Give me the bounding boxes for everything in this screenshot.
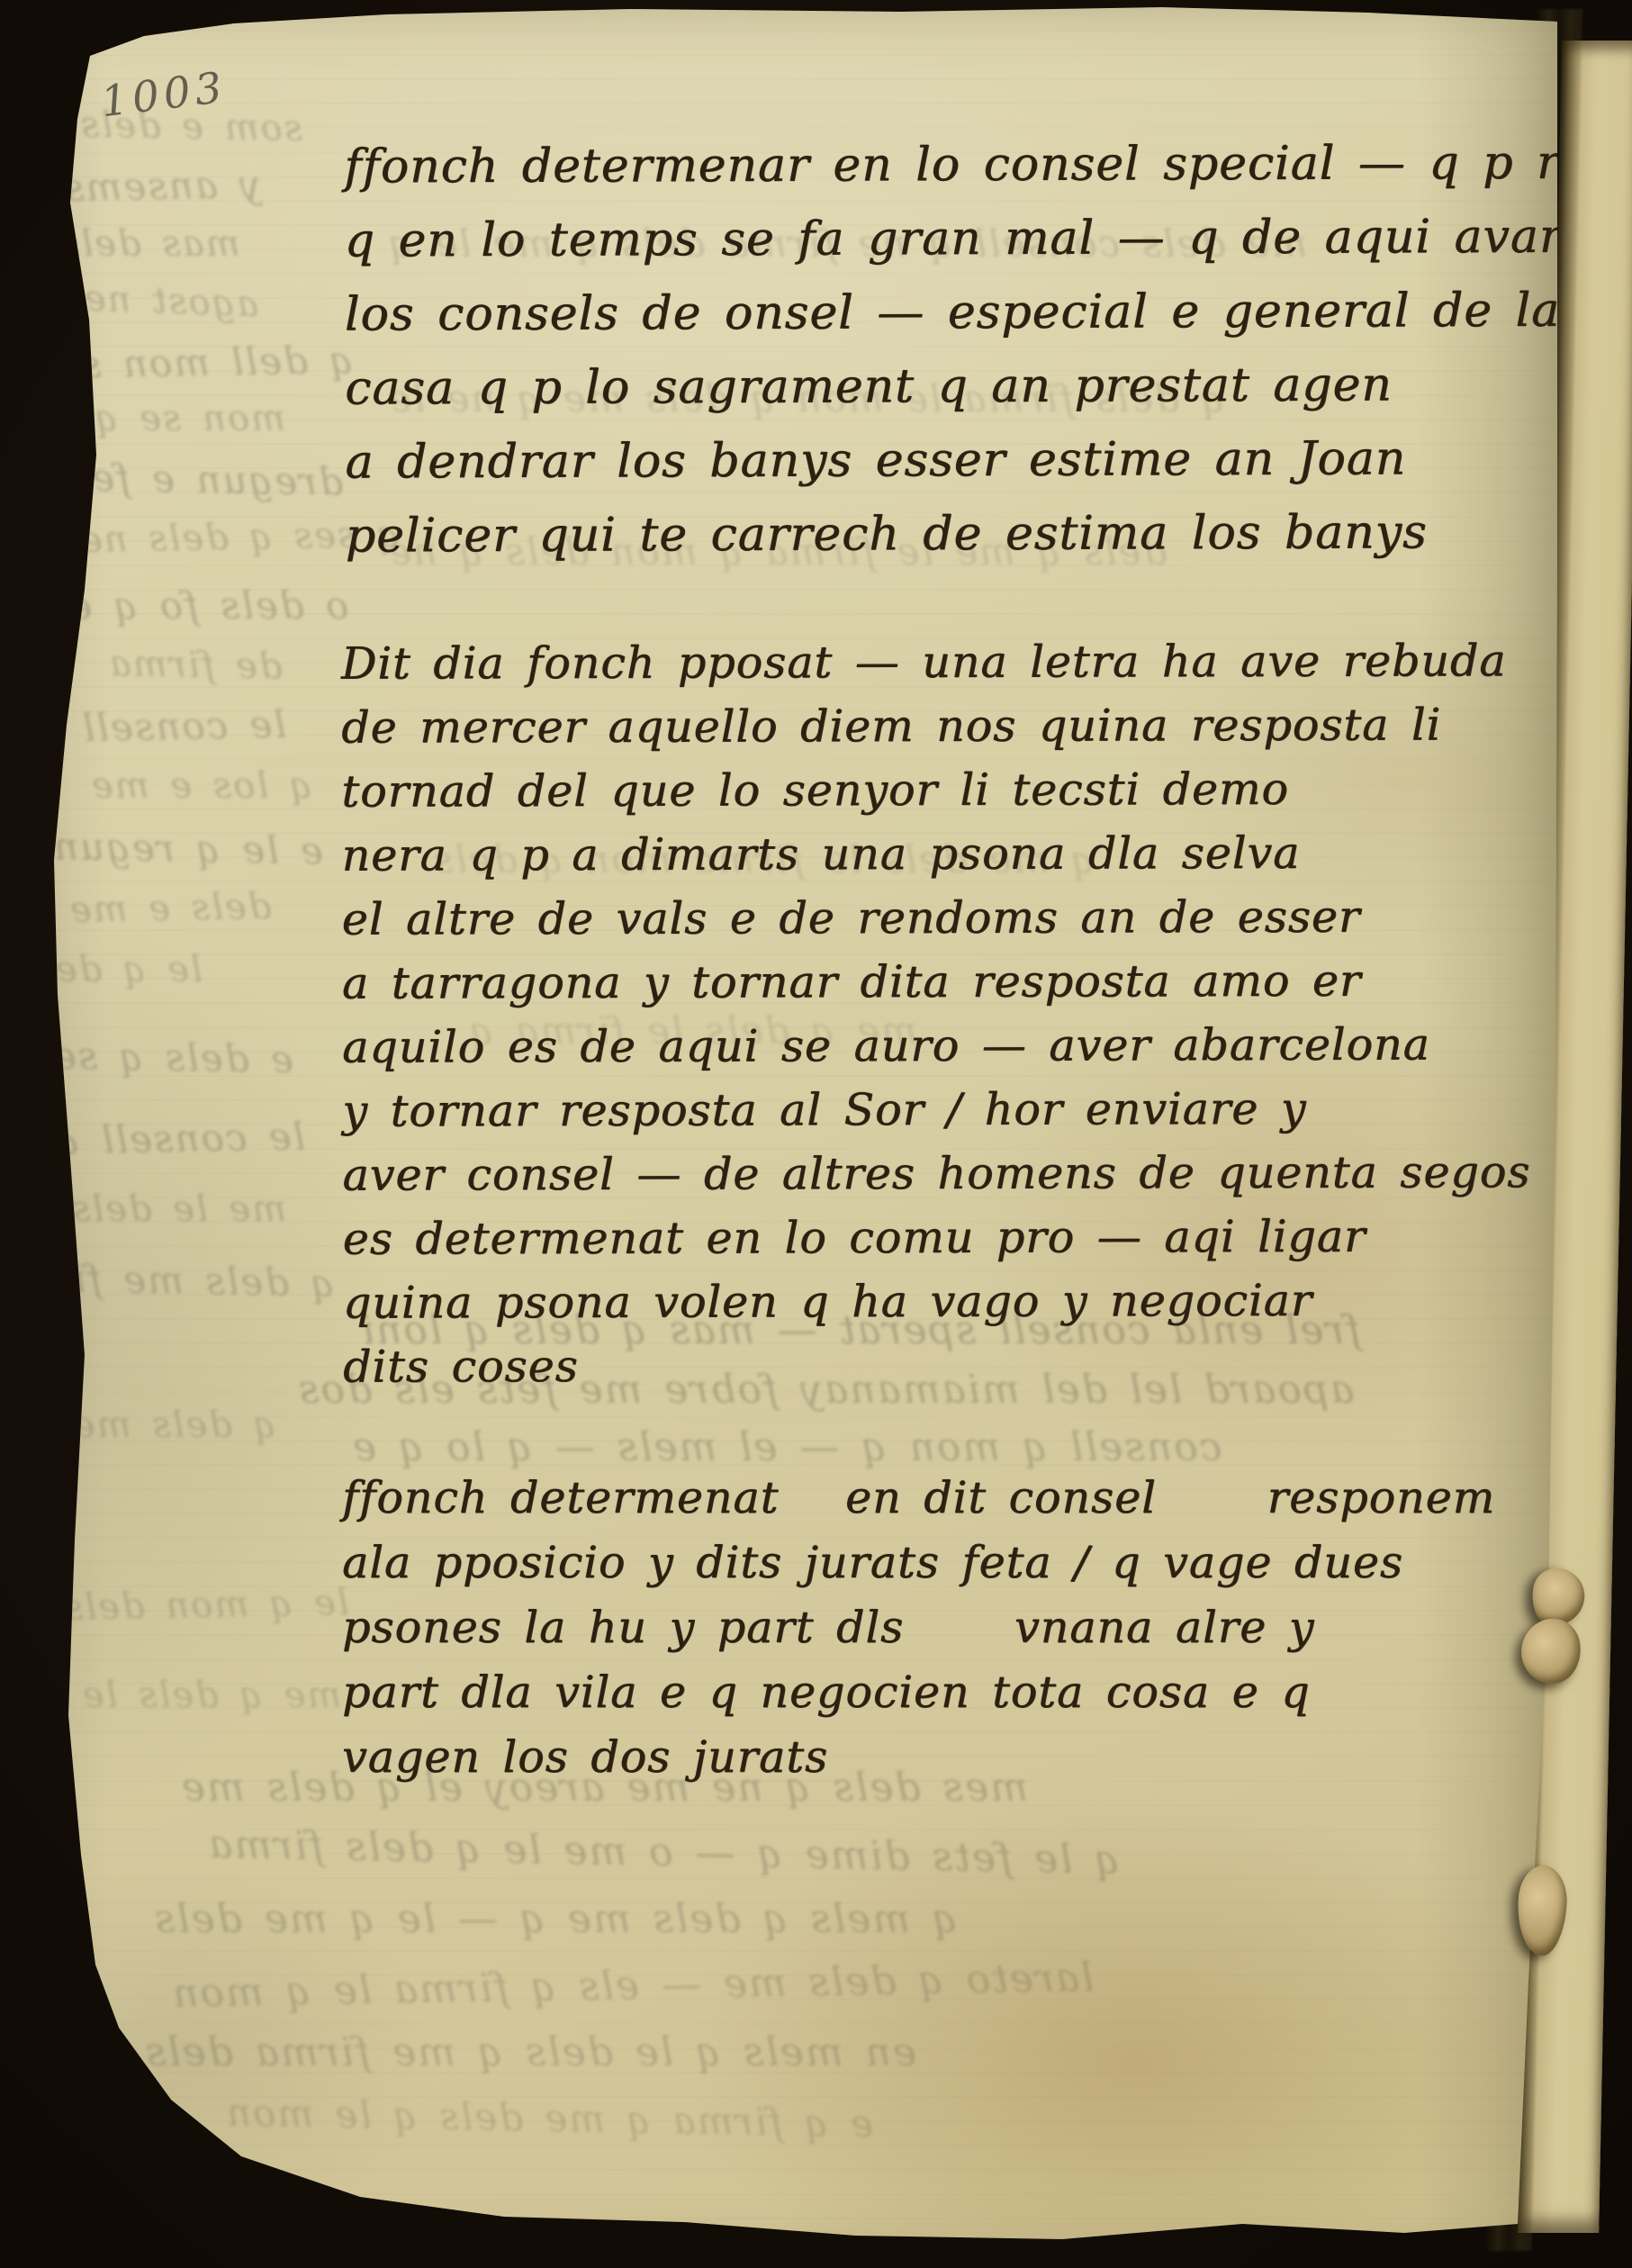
bleedthrough-fragment: y ansems <box>63 162 262 210</box>
bleedthrough-fragment: en mels q le dels q me firma dels <box>144 2029 916 2075</box>
bleedthrough-fragment: e q firma q me dels q le mon <box>225 2091 874 2146</box>
paragraph-2: Dit dia fonch pposat — una letra ha ave … <box>341 628 1531 1398</box>
manuscript-line: los consels de onsel — especial e genera… <box>345 273 1632 351</box>
bleedthrough-fragment: e le q regun <box>52 824 324 872</box>
bleedthrough-fragment: de firma <box>108 643 283 687</box>
paragraph-3: ffonch determenat en dit consel responem… <box>342 1466 1495 1790</box>
manuscript-line: casa q p lo sagrament q an prestat agen <box>345 347 1632 425</box>
bleedthrough-fragment: q los e me <box>90 765 312 807</box>
manuscript-line: tornad del que lo senyor li tecsti demo <box>341 756 1529 823</box>
folio-number-bottom: 996 <box>130 2132 211 2188</box>
manuscript-line: aquilo es de aqui se auro — aver abarcel… <box>342 1012 1530 1079</box>
bleedthrough-fragment: agost ne <box>82 278 259 326</box>
manuscript-line: psones la hu y part dls vnana alre y <box>342 1595 1495 1660</box>
manuscript-line: ffonch determenat en dit consel responem <box>342 1466 1495 1531</box>
bleedthrough-fragment: dels e me <box>68 886 272 931</box>
bleedthrough-fragment: lareto q dels me — els q firma le q mon <box>171 1955 1095 2017</box>
manuscript-line: dits coses <box>343 1332 1531 1398</box>
bleedthrough-fragment: consell q mon q — el mels — q lo q e <box>351 1424 1222 1470</box>
bleedthrough-fragment: le consell q <box>54 1115 306 1163</box>
bleedthrough-fragment: q le fets dime q — o me le q dels firma <box>207 1821 1121 1884</box>
manuscript-line: Dit dia fonch pposat — una letra ha ave … <box>341 628 1529 695</box>
bleedthrough-fragment: e dels q se <box>52 1034 294 1082</box>
bleedthrough-fragment: o dels fo q el <box>54 583 348 628</box>
manuscript-line: de mercer aquello diem nos quina respost… <box>341 692 1529 759</box>
manuscript-line: aver consel — de altres homens de quenta… <box>342 1140 1530 1206</box>
photo-backdrop: som e delsy ansemsmas delsagost neq dell… <box>0 0 1632 2268</box>
manuscript-line: part dla vila e q negocien tota cosa e q <box>342 1660 1495 1725</box>
bleedthrough-fragment: mon se q <box>94 398 285 439</box>
bleedthrough-fragment: le consell <box>81 702 287 750</box>
bleedthrough-fragment: le q de <box>54 949 203 990</box>
manuscript-line: nera q p a dimarts una psona dla selva <box>341 820 1529 887</box>
bleedthrough-fragment: q mels q dels me q — le q me dels <box>153 1896 958 1942</box>
bleedthrough-fragment: q dels me <box>72 1405 276 1446</box>
manuscript-line: vagen los dos jurats <box>342 1725 1495 1790</box>
bleedthrough-fragment: q dell mon se <box>56 338 355 387</box>
manuscript-line: pelicer qui te carrech de estima los ban… <box>346 494 1632 573</box>
manuscript-line: y tornar resposta al Sor / hor enviare y <box>342 1076 1530 1143</box>
manuscript-line: a dendrar los banys esser estime an Joan <box>345 420 1632 499</box>
manuscript-line: el altre de vals e de rendoms an de esse… <box>342 884 1530 951</box>
manuscript-line: ffonch determenar en lo consel special —… <box>344 125 1632 203</box>
bleedthrough-fragment: mas dels <box>59 223 240 265</box>
manuscript-page: som e delsy ansemsmas delsagost neq dell… <box>0 0 1557 2268</box>
manuscript-line: a tarragona y tornar dita resposta amo e… <box>342 948 1530 1015</box>
manuscript-line: es determenat en lo comu pro — aqi ligar <box>343 1204 1531 1270</box>
bleedthrough-fragment: me le dels <box>70 1188 286 1230</box>
paragraph-1: ffonch determenar en lo consel special —… <box>344 125 1632 573</box>
bleedthrough-fragment: le q mon dels <box>63 1582 349 1629</box>
manuscript-line: q en lo temps se fa gran mal — q de aqui… <box>344 199 1632 277</box>
page-surface: som e delsy ansemsmas delsagost neq dell… <box>0 0 1557 2268</box>
bleedthrough-fragment: me q dels le <box>81 1675 341 1716</box>
bleedthrough-fragment: dregun e fets <box>52 455 344 504</box>
manuscript-line: ala pposicio y dits jurats feta / q vage… <box>342 1531 1495 1595</box>
bleedthrough-fragment: q dels me fir <box>52 1256 336 1305</box>
manuscript-line: quina psona volen q ha vago y negociar <box>343 1268 1531 1334</box>
